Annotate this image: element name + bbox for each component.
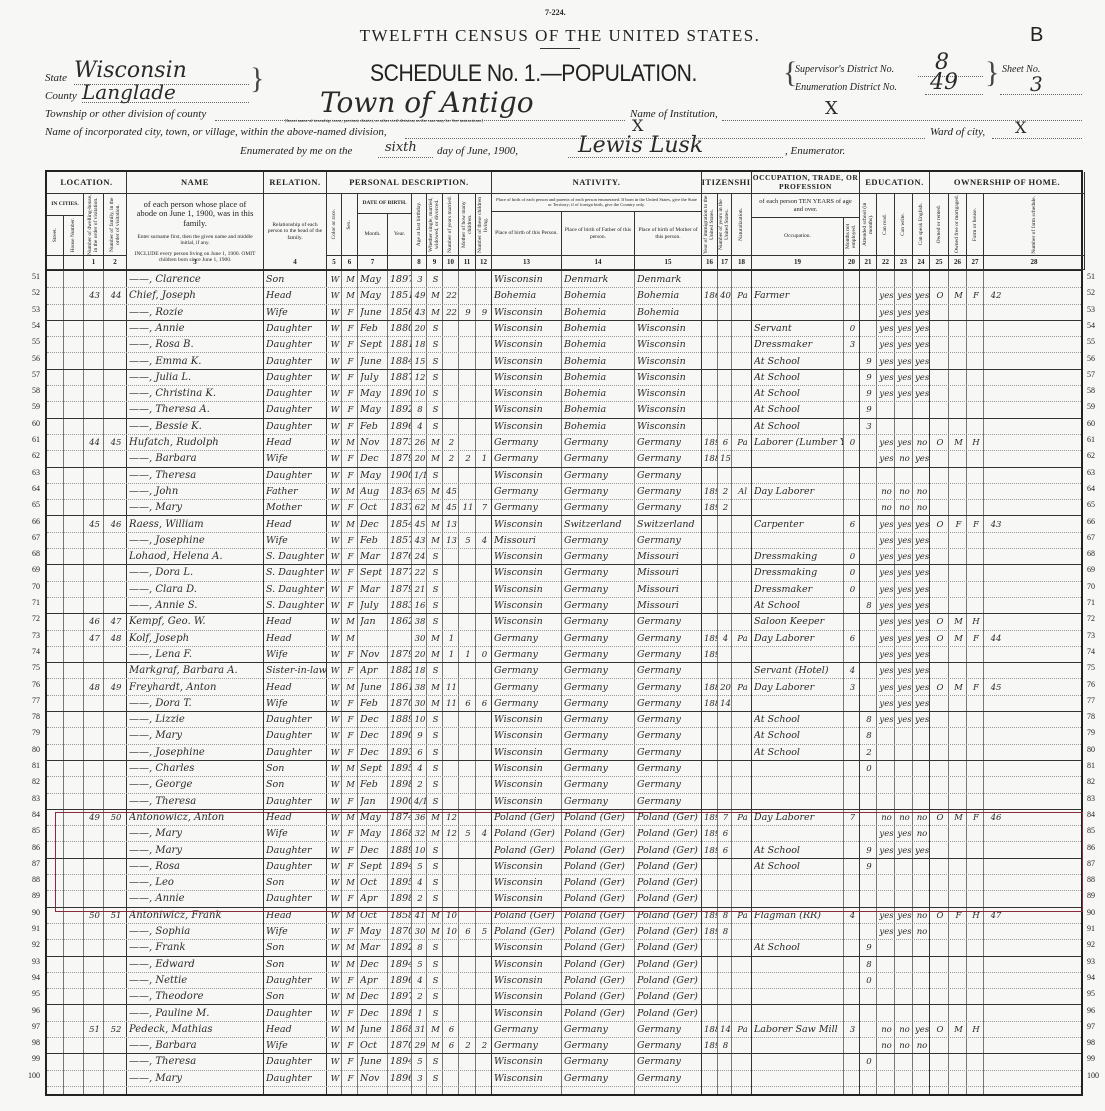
cell-fb: Bohemia (564, 305, 634, 321)
cell-ym: 10 (445, 908, 458, 924)
cell-occ: Servant (Hotel) (754, 663, 843, 679)
cell-color: W (329, 891, 341, 907)
cell-dw: 43 (86, 288, 103, 304)
column-label-nat: Naturalization. (732, 194, 752, 256)
cell-imm: 1886 (704, 696, 717, 712)
name-header: NAME (127, 172, 264, 194)
cell-color: W (329, 435, 341, 451)
line-number-right: 87 (1087, 859, 1095, 868)
line-number-right: 98 (1087, 1038, 1095, 1047)
cell-rd: yes (879, 565, 894, 581)
cell-mar: S (429, 843, 442, 859)
cell-cl: 0 (478, 647, 491, 663)
cell-farm: F (969, 631, 983, 647)
cell-mb: Poland (Ger) (637, 973, 701, 989)
cell-mne: 0 (846, 321, 859, 337)
cell-month: Nov (360, 647, 387, 663)
cell-rd: no (879, 1038, 894, 1054)
cell-mar: M (429, 810, 442, 826)
line-number-right: 85 (1087, 826, 1095, 835)
cell-wr: yes (897, 663, 912, 679)
cell-mar: S (429, 940, 442, 956)
cell-rel: Head (266, 435, 326, 451)
cell-rel: Daughter (266, 337, 326, 353)
cell-en: no (915, 484, 929, 500)
column-label-year: Year. (388, 214, 412, 256)
cell-rel: Daughter (266, 386, 326, 402)
cell-year: 1894 (390, 859, 411, 875)
cell-rel: Wife (266, 451, 326, 467)
line-number-left: 81 (10, 761, 40, 770)
education-header: EDUCATION. (860, 172, 930, 194)
table-row: ——, BarbaraWifeWFOct187029M622GermanyGer… (47, 1038, 1081, 1054)
cell-sex: F (344, 402, 357, 418)
column-label-ym: Number of years married. (443, 194, 459, 256)
table-row: ——, Lena F.WifeWFNov187920M110GermanyGer… (47, 647, 1081, 663)
cell-en: yes (915, 582, 929, 598)
cell-pb: Wisconsin (494, 940, 561, 956)
cell-name: ——, Josephine (129, 745, 263, 761)
cell-age: 10 (414, 386, 426, 402)
cell-sch: 0 (862, 761, 876, 777)
cell-mb: Poland (Ger) (637, 1006, 701, 1022)
column-label-own: Owned or rented. (930, 194, 949, 256)
cell-wr: yes (897, 908, 912, 924)
cell-pb: Wisconsin (494, 402, 561, 418)
cell-fb: Poland (Ger) (564, 859, 634, 875)
cell-rel: Head (266, 680, 326, 696)
cell-sex: F (344, 451, 357, 467)
cell-nat: Pa (734, 631, 751, 647)
cell-year: 1896 (390, 973, 411, 989)
cell-year: 1900 (390, 794, 411, 810)
township-note: [Insert name of township, town, precinct… (285, 118, 483, 123)
cell-year: 1896 (390, 1071, 411, 1087)
table-row: ——, EdwardSonWMDec18945SWisconsinPoland … (47, 957, 1081, 973)
cell-name: Kolf, Joseph (129, 631, 263, 647)
cell-age: 2 (414, 989, 426, 1005)
cell-mne: 0 (846, 565, 859, 581)
cell-dw: 50 (86, 908, 103, 924)
table-row: ——, MaryDaughterWFNov18963SWisconsinGerm… (47, 1071, 1081, 1087)
cell-imm: 1860 (704, 288, 717, 304)
cell-own: O (932, 517, 948, 533)
cell-year: 1898 (390, 1006, 411, 1022)
cell-fb: Poland (Ger) (564, 940, 634, 956)
cell-sex: F (344, 924, 357, 940)
cell-rel: Daughter (266, 419, 326, 435)
column-label-text-ym: Number of years married. (447, 196, 453, 253)
column-number-name: 3 (127, 256, 264, 270)
cell-mc: 6 (461, 924, 475, 940)
table-row: 4849Freyhardt, AntonHeadWMJune186138M11G… (47, 680, 1081, 696)
cell-month: Oct (360, 1038, 387, 1054)
cell-mar: S (429, 337, 442, 353)
cell-name: ——, Theresa (129, 1054, 263, 1070)
cell-month: Feb (360, 777, 387, 793)
enumerated-label: Enumerated by me on the (240, 145, 352, 157)
cell-sex: M (344, 957, 357, 973)
occupation-description: of each person TEN YEARS of age and over… (752, 194, 860, 218)
institution-value: X (825, 98, 838, 119)
cell-fb: Germany (564, 614, 634, 630)
cell-rd: yes (879, 533, 894, 549)
line-number-left: 55 (10, 337, 40, 346)
column-number-fs: 28 (984, 256, 1085, 270)
cell-rd: yes (879, 549, 894, 565)
cell-year: 1887 (390, 370, 411, 386)
table-row: ——, Theresa A.DaughterWFMay18928SWiscons… (47, 402, 1081, 418)
cell-year: 1854 (390, 517, 411, 533)
table-row: 4445Hufatch, RudolphHeadWMNov187326M2Ger… (47, 435, 1081, 451)
cell-fam: 45 (106, 435, 126, 451)
line-number-left: 71 (10, 598, 40, 607)
cell-year: 1897 (390, 989, 411, 1005)
column-number-mne: 20 (844, 256, 860, 270)
cell-mb: Germany (637, 468, 701, 484)
table-row: 5152Pedeck, MathiasHeadWMJune186831M6Ger… (47, 1022, 1081, 1038)
column-label-age: Age at last birthday. (412, 194, 427, 256)
cell-wr: yes (897, 565, 912, 581)
cell-sex: M (344, 288, 357, 304)
cell-occ: At School (754, 370, 843, 386)
cell-name: ——, Julia L. (129, 370, 263, 386)
cell-year: 1857 (390, 533, 411, 549)
cell-occ: At School (754, 598, 843, 614)
cell-wr: yes (897, 712, 912, 728)
cell-mb: Wisconsin (637, 419, 701, 435)
line-number-left: 83 (10, 794, 40, 803)
cell-mb: Germany (637, 1071, 701, 1087)
line-number-right: 59 (1087, 402, 1095, 411)
cell-sch: 9 (862, 940, 876, 956)
cell-sex: M (344, 614, 357, 630)
cell-mb: Wisconsin (637, 337, 701, 353)
table-row: ——, Annie S.S. DaughterWFJuly188316SWisc… (47, 598, 1081, 614)
cell-mb: Wisconsin (637, 321, 701, 337)
cell-color: W (329, 875, 341, 891)
column-label-sex: Sex. (342, 194, 358, 256)
cell-year: 1874 (390, 810, 411, 826)
cell-color: W (329, 468, 341, 484)
cell-year: 1873 (390, 435, 411, 451)
line-number-right: 76 (1087, 680, 1095, 689)
cell-name: ——, Annie (129, 321, 263, 337)
line-number-left: 89 (10, 891, 40, 900)
cell-name: ——, Barbara (129, 1038, 263, 1054)
cell-rd: yes (879, 386, 894, 402)
cell-mar: M (429, 1022, 442, 1038)
cell-rd: yes (879, 843, 894, 859)
schedule-title: SCHEDULE No. 1.—POPULATION. (370, 60, 697, 88)
enumerated-suffix: day of June, 1900, (437, 145, 518, 157)
cell-color: W (329, 1054, 341, 1070)
cell-mb: Germany (637, 451, 701, 467)
cell-fb: Germany (564, 1038, 634, 1054)
cell-month: Mar (360, 940, 387, 956)
cell-rel: Head (266, 908, 326, 924)
cell-color: W (329, 402, 341, 418)
cell-fb: Poland (Ger) (564, 891, 634, 907)
cell-rel: Head (266, 288, 326, 304)
cell-age: 1/12 (414, 468, 426, 484)
cell-name: ——, Leo (129, 875, 263, 891)
cell-mar: S (429, 891, 442, 907)
cell-year: 1892 (390, 402, 411, 418)
nativity-description: Place of birth of each person and parent… (492, 194, 702, 212)
line-number-right: 60 (1087, 419, 1095, 428)
cell-cl: 7 (478, 500, 491, 516)
cell-en: yes (915, 598, 929, 614)
cell-mb: Poland (Ger) (637, 810, 701, 826)
cell-pb: Wisconsin (494, 598, 561, 614)
cell-sex: F (344, 305, 357, 321)
line-number-left: 77 (10, 696, 40, 705)
cell-occ: Dressmaker (754, 582, 843, 598)
cell-fb: Poland (Ger) (564, 908, 634, 924)
cell-year: 1898 (390, 777, 411, 793)
cell-mar: M (429, 908, 442, 924)
relation-header: RELATION. (264, 172, 327, 194)
cell-age: 4 (414, 761, 426, 777)
cell-mar: S (429, 859, 442, 875)
cell-mb: Poland (Ger) (637, 843, 701, 859)
cell-own: O (932, 1022, 948, 1038)
cell-dw: 51 (86, 1022, 103, 1038)
cell-en: yes (915, 647, 929, 663)
column-label-rd: Can read. (877, 194, 895, 256)
cell-sch: 3 (862, 419, 876, 435)
line-number-right: 54 (1087, 321, 1095, 330)
line-number-right: 83 (1087, 794, 1095, 803)
line-number-left: 63 (10, 468, 40, 477)
population-table: LOCATION.NAMERELATION.PERSONAL DESCRIPTI… (45, 170, 1083, 1096)
column-number-wr: 23 (895, 256, 913, 270)
cell-ym: 6 (445, 1038, 458, 1054)
cell-color: W (329, 484, 341, 500)
nativity-header: NATIVITY. (492, 172, 702, 194)
cell-wr: yes (897, 614, 912, 630)
cell-name: ——, Edward (129, 957, 263, 973)
column-number-imm: 16 (702, 256, 718, 270)
cell-fs: 46 (986, 810, 1006, 826)
table-row: 4344Chief, JosephHeadWMMay185149M22Bohem… (47, 288, 1081, 304)
cell-pb: Wisconsin (494, 777, 561, 793)
cell-year: 1898 (390, 891, 411, 907)
column-number-mb: 15 (635, 256, 702, 270)
cell-name: ——, Theodore (129, 989, 263, 1005)
cell-sch: 8 (862, 598, 876, 614)
cell-month: May (360, 826, 387, 842)
cell-imm: 1892 (704, 924, 717, 940)
cell-wr: yes (897, 631, 912, 647)
column-label-text-sex: Sex. (346, 220, 352, 230)
cell-mort: M (951, 288, 966, 304)
table-row: ——, AnnieDaughterWFFeb188020SWisconsinBo… (47, 321, 1081, 337)
table-row: ——, NettieDaughterWFApr18964SWisconsinPo… (47, 973, 1081, 989)
cell-month: Nov (360, 1071, 387, 1087)
cell-age: 9 (414, 728, 426, 744)
cell-mb: Missouri (637, 549, 701, 565)
cell-rel: Daughter (266, 468, 326, 484)
cell-name: Lohaod, Helena A. (129, 549, 263, 565)
cell-pb: Wisconsin (494, 712, 561, 728)
cell-farm: H (969, 614, 983, 630)
cell-year: 1893 (390, 745, 411, 761)
cell-color: W (329, 1022, 341, 1038)
cell-age: 5 (414, 859, 426, 875)
cell-wr: no (897, 451, 912, 467)
cell-rd: yes (879, 712, 894, 728)
table-row: ——, ClarenceSonWMMay18973SWisconsinDenma… (47, 272, 1081, 288)
cell-own: O (932, 631, 948, 647)
cell-year: 1861 (390, 680, 411, 696)
cell-sex: F (344, 745, 357, 761)
cell-fam: 46 (106, 517, 126, 533)
cell-rd: yes (879, 451, 894, 467)
cell-wr: yes (897, 696, 912, 712)
cell-rel: Daughter (266, 728, 326, 744)
cell-mar: M (429, 631, 442, 647)
cell-rel: Sister-in-law (266, 663, 326, 679)
cell-sch: 9 (862, 859, 876, 875)
cell-mort: M (951, 614, 966, 630)
cell-dw: 47 (86, 631, 103, 647)
cell-fb: Germany (564, 484, 634, 500)
line-number-left: 72 (10, 614, 40, 623)
cell-mb: Poland (Ger) (637, 859, 701, 875)
cell-year: 1894 (390, 957, 411, 973)
line-number-left: 87 (10, 859, 40, 868)
cell-month: Dec (360, 989, 387, 1005)
column-number-pb: 13 (492, 256, 562, 270)
line-number-right: 56 (1087, 354, 1095, 363)
line-number-right: 82 (1087, 777, 1095, 786)
cell-pb: Poland (Ger) (494, 810, 561, 826)
cell-yrs: 6 (720, 435, 731, 451)
column-label-text-own: Owned or rented. (936, 205, 942, 243)
cell-pb: Germany (494, 647, 561, 663)
line-number-left: 62 (10, 451, 40, 460)
cell-age: 31 (414, 1022, 426, 1038)
cell-age: 29 (414, 1038, 426, 1054)
cell-fb: Germany (564, 1054, 634, 1070)
cell-color: W (329, 321, 341, 337)
cell-color: W (329, 354, 341, 370)
cell-mc: 1 (461, 647, 475, 663)
cell-month: Oct (360, 908, 387, 924)
cell-mne: 3 (846, 680, 859, 696)
cell-sex: M (344, 1022, 357, 1038)
cell-age: 4/12 (414, 794, 426, 810)
cell-year: 1894 (390, 1054, 411, 1070)
line-number-left: 94 (10, 973, 40, 982)
cell-dw: 44 (86, 435, 103, 451)
cell-pb: Wisconsin (494, 745, 561, 761)
cell-age: 10 (414, 843, 426, 859)
cell-mort: F (951, 517, 966, 533)
cell-name: Freyhardt, Anton (129, 680, 263, 696)
cell-mb: Wisconsin (637, 402, 701, 418)
line-number-right: 96 (1087, 1006, 1095, 1015)
cell-mort: M (951, 810, 966, 826)
cell-yrs: 2 (720, 500, 731, 516)
cell-pb: Wisconsin (494, 1006, 561, 1022)
line-number-right: 51 (1087, 272, 1095, 281)
cell-fb: Germany (564, 745, 634, 761)
county-label: County (45, 90, 77, 102)
cell-month: Mar (360, 582, 387, 598)
cell-age: 5 (414, 1054, 426, 1070)
cell-color: W (329, 337, 341, 353)
cell-mb: Missouri (637, 598, 701, 614)
cell-month: Nov (360, 435, 387, 451)
cell-mar: S (429, 468, 442, 484)
cell-year: 1900 (390, 468, 411, 484)
cell-name: ——, Theresa (129, 794, 263, 810)
cell-month: June (360, 680, 387, 696)
cell-pb: Germany (494, 696, 561, 712)
cell-year: 1882 (390, 663, 411, 679)
cell-fb: Germany (564, 451, 634, 467)
cell-pb: Wisconsin (494, 973, 561, 989)
cell-name: ——, Sophia (129, 924, 263, 940)
cell-fb: Germany (564, 631, 634, 647)
cell-mar: S (429, 370, 442, 386)
cell-yrs: 14 (720, 1022, 731, 1038)
cell-fb: Germany (564, 794, 634, 810)
cell-age: 8 (414, 940, 426, 956)
line-number-left: 59 (10, 402, 40, 411)
cell-month: Dec (360, 957, 387, 973)
cell-month: Dec (360, 1006, 387, 1022)
cell-mar: S (429, 973, 442, 989)
cell-mne: 0 (846, 582, 859, 598)
cell-fs: 43 (986, 517, 1006, 533)
cell-sex: F (344, 321, 357, 337)
column-number-house (64, 256, 84, 270)
line-number-left: 91 (10, 924, 40, 933)
cell-fb: Poland (Ger) (564, 973, 634, 989)
cell-month: Jan (360, 614, 387, 630)
cell-mar: M (429, 484, 442, 500)
cell-pb: Wisconsin (494, 565, 561, 581)
cell-mar: S (429, 598, 442, 614)
cell-month: Sept (360, 337, 387, 353)
cell-color: W (329, 696, 341, 712)
cell-farm: F (969, 680, 983, 696)
cell-en: yes (915, 386, 929, 402)
enumerated-day-line (378, 157, 433, 158)
cell-sex: M (344, 940, 357, 956)
cell-month: June (360, 354, 387, 370)
cell-color: W (329, 826, 341, 842)
cell-mc: 5 (461, 826, 475, 842)
cell-own: O (932, 288, 948, 304)
cell-mort: M (951, 1022, 966, 1038)
column-label-text-imm: Year of immigration to the United States… (703, 194, 715, 255)
cell-fb: Bohemia (564, 337, 634, 353)
enumeration-label: Enumeration District No. (795, 82, 897, 93)
cell-sex: M (344, 908, 357, 924)
cell-color: W (329, 647, 341, 663)
cell-rel: Daughter (266, 745, 326, 761)
cell-wr: yes (897, 647, 912, 663)
cell-name: ——, Clarence (129, 272, 263, 288)
table-row: ——, BarbaraWifeWFDec187920M221GermanyGer… (47, 451, 1081, 467)
cell-imm: 1886 (704, 1022, 717, 1038)
cell-mb: Bohemia (637, 288, 701, 304)
